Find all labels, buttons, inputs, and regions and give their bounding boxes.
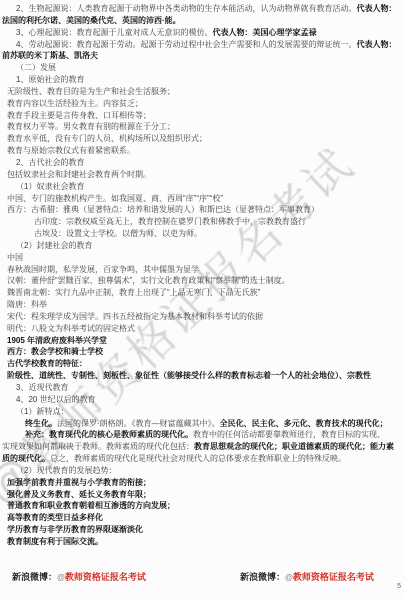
doc-text-bold: 教育思想观念的现代化；职业道德素质的现代化；能力素 (194, 442, 394, 451)
doc-line: 补充：教育现代化的核心是教师素质的现代化。教育中的任何活动都要靠教师进行，教育目… (0, 429, 405, 441)
doc-text-bold: 代表人物：美国心理学家孟禄 (212, 28, 316, 37)
doc-line: 魏晋南北朝：实行九品中正制，教育上出现了“上品无寒门、下品无氏族” (0, 287, 405, 299)
doc-text: 中国、专门的施教机构产生。如我国夏、商、西周“庠”“序”“校” (7, 194, 223, 203)
doc-text: （1）奴隶社会教育 (16, 182, 84, 191)
doc-text: 2、古代社会的教育 (16, 158, 84, 167)
doc-line: 质的现代化。总之，教师素质的现代化是现代社会对现代人的总体要求在教师职业上的特殊… (0, 453, 405, 465)
document-page: @教师资格证报名考试 2、生物起源说：人类教育起源于动物界中各类动物的生存本能活… (0, 0, 405, 600)
doc-text: 教育权力平等。男女教育有别的根源在于分工； (7, 122, 175, 131)
doc-text: 法国的保罗·朗格朗。《教育—财富蕴藏其中》。 (57, 419, 220, 428)
page-number: 5 (397, 583, 401, 590)
doc-text: 古印度：宗教权威至高无上，教育控制在婆罗门教和佛教手中，宗教教育盛行 (34, 217, 306, 226)
doc-line: 明代：八股文为科举考试的固定格式 (0, 323, 405, 335)
weibo-account: 教师资格证报名考试 (293, 572, 374, 582)
doc-text: 教育中的任何活动都要靠教师进行，教育目标的实现、 (193, 430, 385, 439)
doc-text: （2）现代教育的发展趋势： (16, 466, 116, 475)
doc-line: 西方：教会学校和骑士学校 (0, 346, 405, 358)
doc-text: 汉朝：董仲舒“罢黜百家、独尊儒术”，实行文化教育政策和“察举制”的选士制度。 (7, 276, 290, 285)
doc-text: 隋唐：科举 (7, 300, 47, 309)
doc-text-bold: 前苏联的米丁斯基、凯洛夫 (2, 51, 98, 60)
at-symbol: @ (57, 573, 65, 582)
doc-text: 实现效果如何都取决于教师。教师素质的现代化包括： (2, 442, 194, 451)
doc-line: 西方：古希腊：雅典（显著特点：培养和谐发展的人）和斯巴达（显著特点：军事教育） (0, 204, 405, 216)
doc-text: 古埃及：设置文士学校。以僧为师、以吏为师。 (34, 229, 202, 238)
doc-text-bold: 古代学校教育的特征： (7, 359, 87, 368)
weibo-account: 教师资格证报名考试 (65, 572, 146, 582)
doc-line: 学历教育与非学历教育的界限逐渐淡化 (0, 524, 405, 536)
doc-line: 4、20 世纪以后的教育 (0, 394, 405, 406)
doc-line: 春秋战国时期，私学发展，百家争鸣，其中儒墨为显学 (0, 264, 405, 276)
doc-line: 古代学校教育的特征： (0, 358, 405, 370)
doc-line: 宋代：程朱理学成为国学。四书五经被指定为基本教材和科举考试的依据 (0, 311, 405, 323)
doc-line: （2）封建社会的教育 (0, 240, 405, 252)
doc-text-bold: 1905 年清政府废科举兴学堂 (7, 336, 107, 345)
doc-text: 教育内容以生活经验为主。内容贫乏； (7, 99, 143, 108)
doc-text: （1）新特点： (16, 407, 68, 416)
at-symbol: @ (285, 573, 293, 582)
doc-text: 西方：古希腊：雅典（显著特点：培养和谐发展的人）和斯巴达（显著特点：军事教育） (7, 205, 319, 214)
doc-line: 实现效果如何都取决于教师。教师素质的现代化包括：教育思想观念的现代化；职业道德素… (0, 441, 405, 453)
doc-text: 无阶级性、教育目的是为生产和社会生活服务； (7, 87, 175, 96)
doc-line: 教育制度有利于国际交流。 (0, 536, 405, 548)
doc-text-bold: 阶级性、道统性、专制性、刻板性、象征性（能够接受什么样的教育标志着一个人的社会地… (7, 371, 371, 380)
doc-text: 教育手段主要是言传身教、口耳相传等； (7, 111, 151, 120)
doc-text: 总之，教师素质的现代化是现代社会对现代人的总体要求在教师职业上的特殊反映。 (50, 454, 346, 463)
weibo-label: 新浪微博： (12, 572, 57, 582)
doc-text: 教育与原始宗教仪式有着紧密联系。 (7, 146, 135, 155)
doc-line: 2、生物起源说：人类教育起源于动物界中各类动物的生存本能活动，认为动物界就有教育… (0, 3, 405, 15)
doc-line: 教育与原始宗教仪式有着紧密联系。 (0, 145, 405, 157)
doc-text-bold: 补充：教育现代化的核心是教师素质的现代化。 (25, 430, 193, 439)
doc-line: 中国、专门的施教机构产生。如我国夏、商、西周“庠”“序”“校” (0, 193, 405, 205)
doc-line: 高等教育的类型日益多样化 (0, 512, 405, 524)
doc-text-bold: 终生化。 (25, 419, 57, 428)
doc-line: 2、古代社会的教育 (0, 157, 405, 169)
doc-text-bold: 教育制度有利于国际交流。 (7, 537, 103, 546)
doc-text: 春秋战国时期，私学发展，百家争鸣，其中儒墨为显学 (7, 265, 199, 274)
doc-line: 3、近现代教育 (0, 382, 405, 394)
doc-line: 1905 年清政府废科举兴学堂 (0, 335, 405, 347)
doc-text-bold: 法国的利托尔诺、美国的桑代克、英国的沛西·能。 (2, 16, 181, 25)
page-footer: 新浪微博：@教师资格证报名考试 新浪微博：@教师资格证报名考试 (0, 570, 405, 584)
doc-line: 阶级性、道统性、专制性、刻板性、象征性（能够接受什么样的教育标志着一个人的社会地… (0, 370, 405, 382)
doc-line: 终生化。法国的保罗·朗格朗。《教育—财富蕴藏其中》。全民化、民主化、多元化、教育… (0, 418, 405, 430)
doc-line: 1、原始社会的教育 (0, 74, 405, 86)
doc-line: 加强学前教育并重视与小学教育的衔接； (0, 477, 405, 489)
weibo-label: 新浪微博： (240, 572, 285, 582)
doc-line: （二）发展 (0, 62, 405, 74)
doc-line: 4、劳动起源说：教育起源于劳动。起源于劳动过程中社会生产需要和人的发展需要的辩证… (0, 39, 405, 51)
doc-line: 教育手段主要是言传身教、口耳相传等； (0, 110, 405, 122)
doc-text: 中国 (7, 253, 23, 262)
doc-line: 中国 (0, 252, 405, 264)
doc-line: 法国的利托尔诺、美国的桑代克、英国的沛西·能。 (0, 15, 405, 27)
doc-text: （2）封建社会的教育 (16, 241, 92, 250)
doc-text-bold: 强化普及义务教育、延长义务教育年限； (7, 490, 151, 499)
document-lines: 2、生物起源说：人类教育起源于动物界中各类动物的生存本能活动，认为动物界就有教育… (0, 3, 405, 548)
doc-line: 教育内容以生活经验为主。内容贫乏； (0, 98, 405, 110)
footer-weibo-right: 新浪微博：@教师资格证报名考试 (240, 570, 374, 583)
doc-line: （1）奴隶社会教育 (0, 181, 405, 193)
doc-line: 古埃及：设置文士学校。以僧为师、以吏为师。 (0, 228, 405, 240)
doc-line: 古印度：宗教权威至高无上，教育控制在婆罗门教和佛教手中，宗教教育盛行 (0, 216, 405, 228)
doc-text: 4、劳动起源说：教育起源于劳动。起源于劳动过程中社会生产需要和人的发展需要的辩证… (16, 40, 356, 49)
doc-text-bold: 代表人物： (356, 4, 396, 13)
doc-line: 强化普及义务教育、延长义务教育年限； (0, 489, 405, 501)
doc-line: 无阶级性、教育目的是为生产和社会生活服务； (0, 86, 405, 98)
doc-line: 汉朝：董仲舒“罢黜百家、独尊儒术”，实行文化教育政策和“察举制”的选士制度。 (0, 275, 405, 287)
doc-text: 明代：八股文为科举考试的固定格式 (7, 324, 135, 333)
doc-text-bold: 加强学前教育并重视与小学教育的衔接； (7, 478, 151, 487)
doc-line: 教育水平低，没有专门的人员、机构场所以及组织形式； (0, 133, 405, 145)
doc-line: （2）现代教育的发展趋势： (0, 465, 405, 477)
doc-text-bold: 高等教育的类型日益多样化 (7, 513, 103, 522)
doc-line: 包括奴隶社会和封建社会教育两个时期。 (0, 169, 405, 181)
doc-text-bold: 西方：教会学校和骑士学校 (7, 347, 103, 356)
doc-text: （二）发展 (16, 63, 56, 72)
doc-line: 前苏联的米丁斯基、凯洛夫 (0, 50, 405, 62)
doc-line: 普通教育和职业教育朝着相互渗透的方向发展； (0, 500, 405, 512)
doc-line: 3、心理起源说：教育起源于儿童对成人无意识的模仿。代表人物：美国心理学家孟禄 (0, 27, 405, 39)
doc-text: 魏晋南北朝：实行九品中正制，教育上出现了“上品无寒门、下品无氏族” (7, 288, 260, 297)
doc-text-bold: 学历教育与非学历教育的界限逐渐淡化 (7, 525, 143, 534)
doc-line: 隋唐：科举 (0, 299, 405, 311)
doc-text: 包括奴隶社会和封建社会教育两个时期。 (7, 170, 151, 179)
doc-text: 3、心理起源说：教育起源于儿童对成人无意识的模仿。 (16, 28, 212, 37)
doc-text: 1、原始社会的教育 (16, 75, 84, 84)
doc-text: 2、生物起源说：人类教育起源于动物界中各类动物的生存本能活动，认为动物界就有教育… (16, 4, 356, 13)
doc-text-bold: 普通教育和职业教育朝着相互渗透的方向发展； (7, 501, 175, 510)
doc-text: 宋代：程朱理学成为国学。四书五经被指定为基本教材和科举考试的依据 (7, 312, 263, 321)
doc-line: 教育权力平等。男女教育有别的根源在于分工； (0, 121, 405, 133)
doc-line: （1）新特点： (0, 406, 405, 418)
doc-text: 教育水平低，没有专门的人员、机构场所以及组织形式； (7, 134, 207, 143)
footer-weibo-left: 新浪微博：@教师资格证报名考试 (12, 570, 146, 583)
doc-text-bold: 质的现代化。 (2, 454, 50, 463)
doc-text: 3、近现代教育 (16, 383, 68, 392)
doc-text-bold: 代表人物： (356, 40, 396, 49)
doc-text-bold: 全民化、民主化、多元化、教育技术的现代化； (220, 419, 388, 428)
doc-text: 4、20 世纪以后的教育 (16, 395, 96, 404)
